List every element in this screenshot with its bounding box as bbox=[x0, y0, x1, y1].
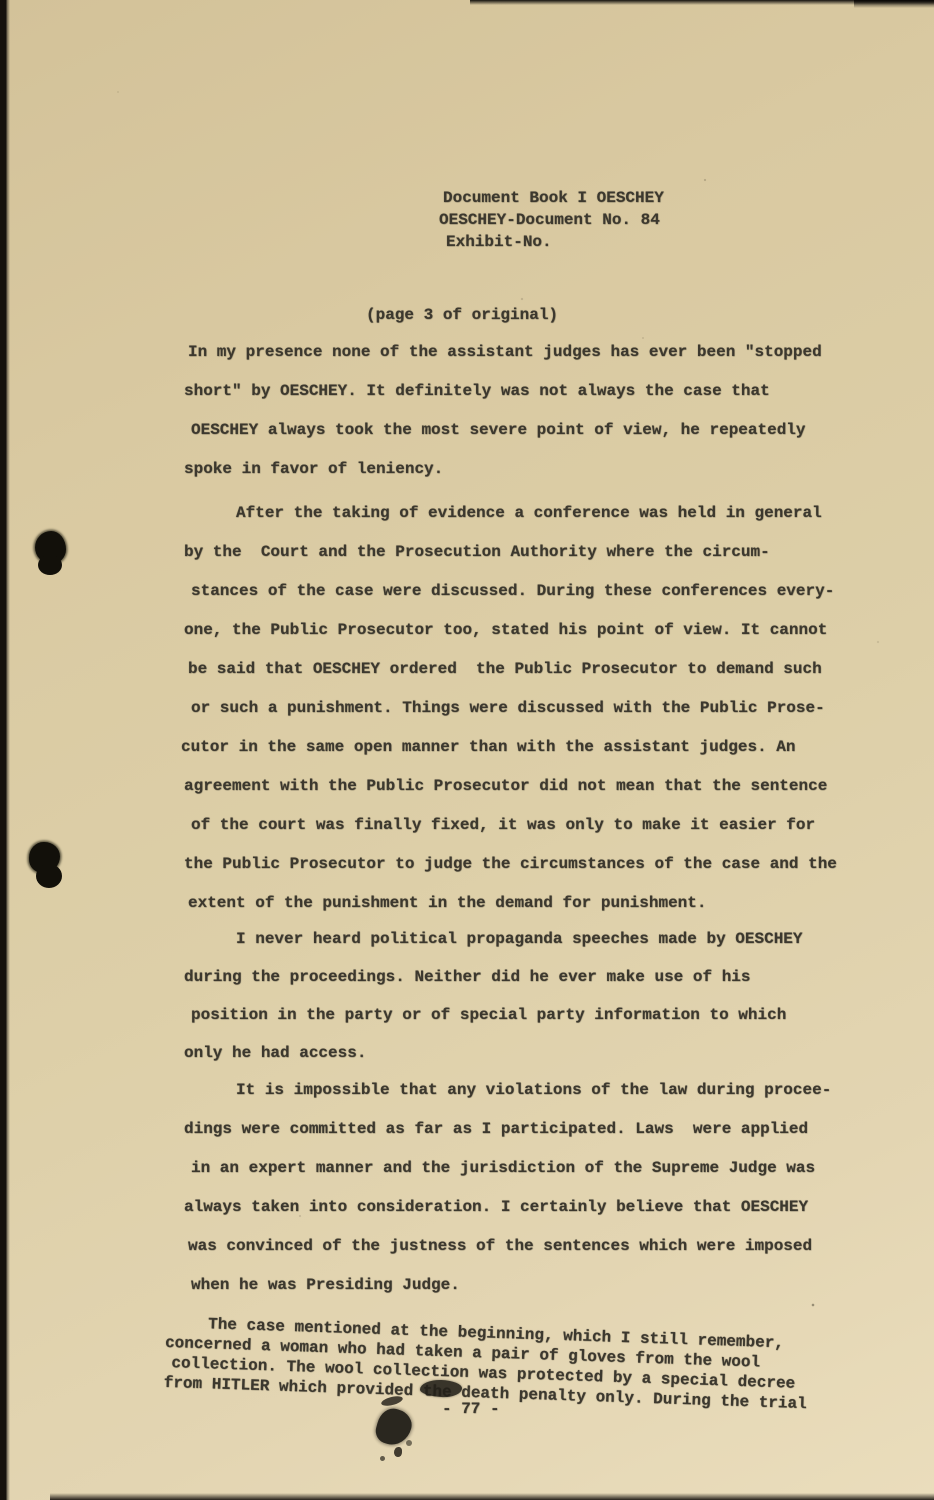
text-line: of the court was finally fixed, it was o… bbox=[191, 817, 891, 856]
text-line: when he was Presiding Judge. bbox=[191, 1277, 891, 1316]
paragraph-5-skewed: The case mentioned at the beginning, whi… bbox=[167, 1315, 869, 1418]
document-header: Document Book I OESCHEYOESCHEY-Document … bbox=[443, 190, 664, 256]
page-heading: (page 3 of original) bbox=[366, 307, 558, 323]
ink-smudge-dot bbox=[394, 1447, 402, 1457]
text-line: was convinced of the justness of the sen… bbox=[188, 1238, 888, 1277]
paragraph-1: In my presence none of the assistant jud… bbox=[188, 344, 888, 500]
text-line: extent of the punishment in the demand f… bbox=[188, 895, 888, 934]
text-line: the Public Prosecutor to judge the circu… bbox=[184, 856, 884, 895]
ink-smudge-dot bbox=[406, 1440, 412, 1446]
scanned-document-page: Document Book I OESCHEYOESCHEY-Document … bbox=[0, 0, 934, 1500]
text-line: stances of the case were discussed. Duri… bbox=[191, 583, 891, 622]
text-line: OESCHEY-Document No. 84 bbox=[439, 212, 660, 234]
text-line: one, the Public Prosecutor too, stated h… bbox=[184, 622, 884, 661]
text-line: position in the party or of special part… bbox=[191, 1007, 891, 1045]
text-line: by the Court and the Prosecution Authori… bbox=[184, 544, 884, 583]
punch-hole-top bbox=[35, 531, 66, 564]
paragraph-3: I never heard political propaganda speec… bbox=[188, 931, 888, 1083]
text-line: or such a punishment. Things were discus… bbox=[191, 700, 891, 739]
text-line: OESCHEY always took the most severe poin… bbox=[191, 422, 891, 461]
paragraph-2: After the taking of evidence a conferenc… bbox=[188, 505, 888, 934]
text-line: only he had access. bbox=[184, 1045, 884, 1083]
text-line: dings were committed as far as I partici… bbox=[184, 1121, 884, 1160]
text-line: cutor in the same open manner than with … bbox=[181, 739, 881, 778]
text-line: It is impossible that any violations of … bbox=[188, 1082, 888, 1121]
text-line: agreement with the Public Prosecutor did… bbox=[184, 778, 884, 817]
page-number: - 77 - bbox=[442, 1401, 500, 1417]
text-line: After the taking of evidence a conferenc… bbox=[188, 505, 888, 544]
text-line: be said that OESCHEY ordered the Public … bbox=[188, 661, 888, 700]
text-line: I never heard political propaganda speec… bbox=[188, 931, 888, 969]
ink-smudge-dot bbox=[380, 1456, 385, 1461]
ink-smudge-main bbox=[373, 1405, 415, 1449]
text-line: Document Book I OESCHEY bbox=[443, 190, 664, 212]
text-line: short" by OESCHEY. It definitely was not… bbox=[184, 383, 884, 422]
text-line: spoke in favor of leniency. bbox=[184, 461, 884, 500]
scan-edge-top bbox=[470, 0, 934, 5]
text-line: during the proceedings. Neither did he e… bbox=[184, 969, 884, 1007]
text-line: Exhibit-No. bbox=[446, 234, 667, 256]
scan-edge-left bbox=[0, 0, 10, 1500]
scan-edge-bottom bbox=[50, 1493, 934, 1500]
punch-hole-bottom bbox=[29, 842, 60, 873]
text-line: in an expert manner and the jurisdiction… bbox=[191, 1160, 891, 1199]
text-line: always taken into consideration. I certa… bbox=[184, 1199, 884, 1238]
paragraph-4: It is impossible that any violations of … bbox=[188, 1082, 888, 1316]
text-line: In my presence none of the assistant jud… bbox=[188, 344, 888, 383]
